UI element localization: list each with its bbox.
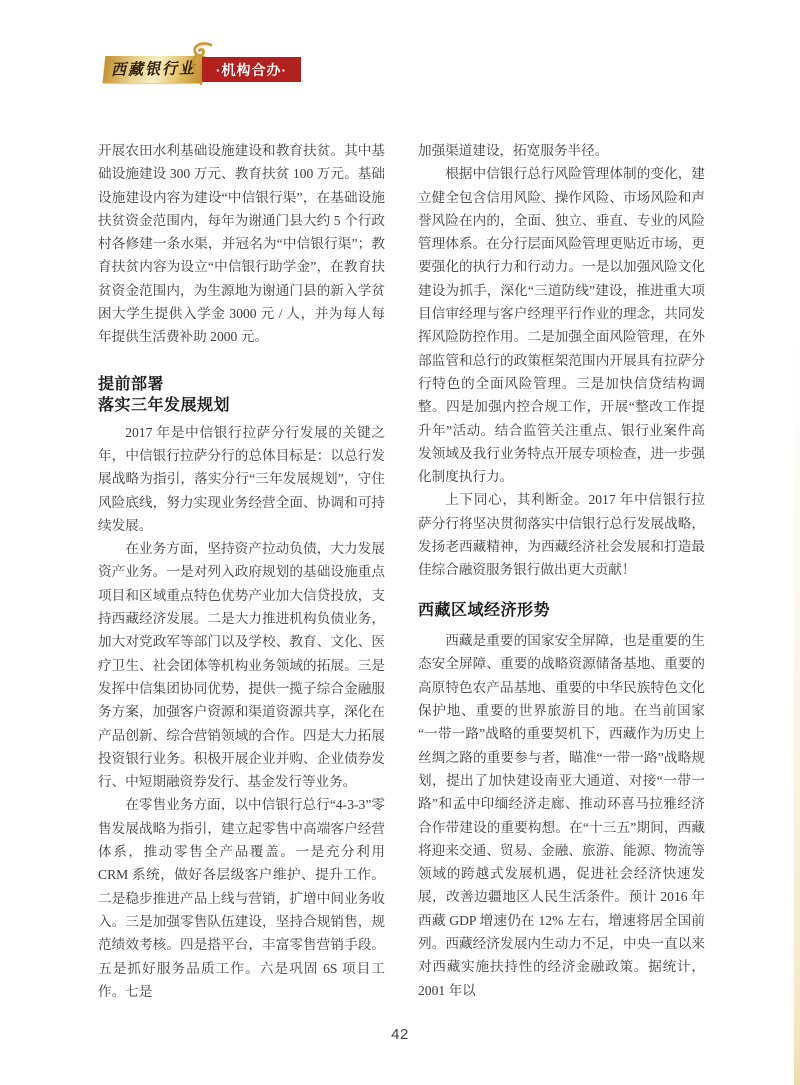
paragraph-continued: 开展农田水利基础设施建设和教育扶贫。其中基础设施建设 300 万元、教育扶贫 1… bbox=[98, 139, 385, 349]
cloud-flourish-icon bbox=[190, 41, 216, 85]
page-edge-shadow bbox=[794, 0, 800, 1085]
article-body: 开展农田水利基础设施建设和教育扶贫。其中基础设施建设 300 万元、教育扶贫 1… bbox=[98, 139, 705, 1003]
paragraph: 在零售业务方面，以中信银行总行“4-3-3”零售发展战略为指引，建立起零售中高端… bbox=[98, 793, 385, 1003]
brand-title: 西藏银行业 bbox=[111, 61, 196, 78]
left-column: 开展农田水利基础设施建设和教育扶贫。其中基础设施建设 300 万元、教育扶贫 1… bbox=[98, 139, 385, 1003]
paragraph: 在业务方面，坚持资产拉动负债，大力发展资产业务。一是对列入政府规划的基础设施重点… bbox=[98, 537, 385, 793]
section-heading-tibet-economy: 西藏区域经济形势 bbox=[418, 600, 705, 622]
paragraph-continued: 加强渠道建设，拓宽服务半径。 bbox=[418, 139, 705, 162]
page-number: 42 bbox=[0, 1026, 800, 1043]
paragraph: 上下同心，其利断金。2017 年中信银行拉萨分行将坚决贯彻落实中信银行总行发展战… bbox=[418, 488, 705, 581]
page-header-banner: 西藏银行业 ·机构合办· bbox=[104, 56, 301, 83]
paragraph: 2017 年是中信银行拉萨分行发展的关键之年，中信银行拉萨分行的总体目标是：以总… bbox=[98, 421, 385, 537]
brand-banner: 西藏银行业 bbox=[104, 56, 204, 83]
paragraph: 西藏是重要的国家安全屏障，也是重要的生态安全屏障、重要的战略资源储备基地、重要的… bbox=[418, 629, 705, 1002]
right-column: 加强渠道建设，拓宽服务半径。 根据中信银行总行风险管理体制的变化，建立健全包含信… bbox=[418, 139, 705, 1003]
paragraph: 根据中信银行总行风险管理体制的变化，建立健全包含信用风险、操作风险、市场风险和声… bbox=[418, 162, 705, 488]
magazine-page: 西藏银行业 ·机构合办· 开展农田水利基础设施建设和教育扶贫。其中基础设施建设 … bbox=[0, 0, 800, 1085]
section-heading-three-year-plan: 提前部署 落实三年发展规划 bbox=[98, 374, 385, 417]
section-badge: ·机构合办· bbox=[202, 57, 301, 82]
